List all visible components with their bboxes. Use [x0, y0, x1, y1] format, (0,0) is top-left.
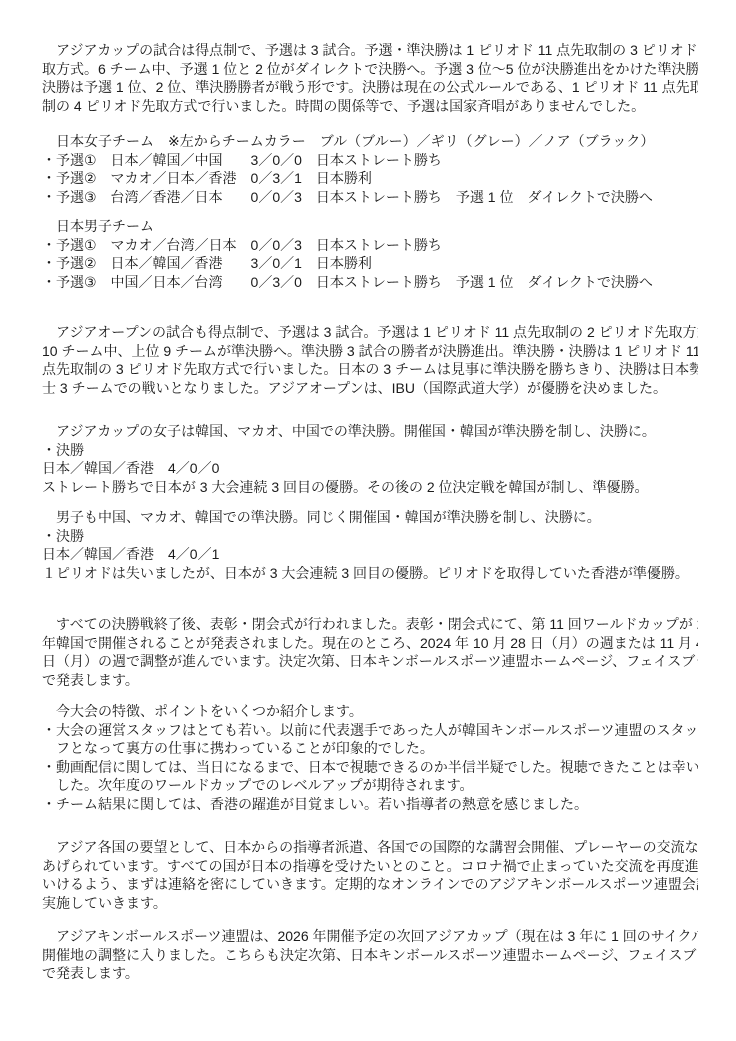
women-final-results: アジアカップの女子は韓国、マカオ、中国での準決勝。開催国・韓国が準決勝を制し、決…	[42, 422, 698, 496]
text-line: 男子も中国、マカオ、韓国での準決勝。同じく開催国・韓国が準決勝を制し、決勝に。	[42, 508, 698, 527]
bullet-continuation-line: フとなって裏方の仕事に携わっていることが印象的でした。	[42, 739, 698, 758]
result-line: ・予選① マカオ／台湾／日本 0／0／3 日本ストレート勝ち	[42, 236, 698, 255]
closing-ceremony-paragraph: すべての決勝戦終了後、表彰・閉会式が行われました。表彰・閉会式にて、第 11 回…	[42, 615, 698, 689]
result-line: ・予選② 日本／韓国／香港 3／0／1 日本勝利	[42, 254, 698, 273]
result-line: 日本／韓国／香港 4／0／1	[42, 545, 698, 564]
result-line: ・予選③ 台湾／香港／日本 0／0／3 日本ストレート勝ち 予選 1 位 ダイレ…	[42, 188, 698, 207]
text-line: 年韓国で開催されることが発表されました。現在のところ、2024 年 10 月 2…	[42, 634, 698, 653]
result-line: ・予選① 日本／韓国／中国 3／0／0 日本ストレート勝ち	[42, 151, 698, 170]
text-line: 士 3 チームでの戦いとなりました。アジアオープンは、IBU（国際武道大学）が優…	[42, 379, 698, 398]
men-final-results: 男子も中国、マカオ、韓国での準決勝。同じく開催国・韓国が準決勝を制し、決勝に。 …	[42, 508, 698, 582]
asia-requests-paragraph: アジア各国の要望として、日本からの指導者派遣、各国での国際的な講習会開催、プレー…	[42, 838, 698, 912]
women-team-results: 日本女子チーム ※左からチームカラー ブル（ブルー）／ギリ（グレー）／ノア（ブラ…	[42, 132, 698, 206]
bullet-continuation-line: した。次年度のワールドカップでのレベルアップが期待されます。	[42, 776, 698, 795]
document-page: アジアカップの試合は得点制で、予選は 3 試合。予選・準決勝は 1 ピリオド 1…	[0, 0, 736, 1041]
tournament-highlights: 今大会の特徴、ポイントをいくつか紹介します。 ・大会の運営スタッフはとても若い。…	[42, 702, 698, 813]
result-line: ・予選③ 中国／日本／台湾 0／3／0 日本ストレート勝ち 予選 1 位 ダイレ…	[42, 273, 698, 292]
text-line: 開催地の調整に入りました。こちらも決定次第、日本キンボールスポーツ連盟ホームペー…	[42, 946, 698, 965]
text-line: 決勝は予選 1 位、2 位、準決勝勝者が戦う形です。決勝は現在の公式ルールである…	[42, 78, 698, 97]
text-line: 日（月）の週で調整が進んでいます。決定次第、日本キンボールスポーツ連盟ホームペー…	[42, 652, 698, 671]
bullet-line: ・大会の運営スタッフはとても若い。以前に代表選手であった人が韓国キンボールスポー…	[42, 721, 698, 740]
next-asia-cup-paragraph: アジアキンボールスポーツ連盟は、2026 年開催予定の次回アジアカップ（現在は …	[42, 927, 698, 983]
text-line: あげられています。すべての国が日本の指導を受けたいとのこと。コロナ禍で止まってい…	[42, 857, 698, 876]
match-format-paragraph: アジアカップの試合は得点制で、予選は 3 試合。予選・準決勝は 1 ピリオド 1…	[42, 41, 698, 115]
text-line: アジアカップの試合は得点制で、予選は 3 試合。予選・準決勝は 1 ピリオド 1…	[42, 41, 698, 60]
asia-open-paragraph: アジアオープンの試合も得点制で、予選は 3 試合。予選は 1 ピリオド 11 点…	[42, 323, 698, 397]
section-heading: 日本女子チーム ※左からチームカラー ブル（ブルー）／ギリ（グレー）／ノア（ブラ…	[42, 132, 698, 151]
text-line: いけるよう、まずは連絡を密にしていきます。定期的なオンラインでのアジアキンボール…	[42, 875, 698, 894]
text-line: 取方式。6 チーム中、予選 1 位と 2 位がダイレクトで決勝へ。予選 3 位～…	[42, 60, 698, 79]
text-line: アジアカップの女子は韓国、マカオ、中国での準決勝。開催国・韓国が準決勝を制し、決…	[42, 422, 698, 441]
men-team-results: 日本男子チーム ・予選① マカオ／台湾／日本 0／0／3 日本ストレート勝ち ・…	[42, 217, 698, 291]
result-line: 日本／韓国／香港 4／0／0	[42, 459, 698, 478]
text-line: アジア各国の要望として、日本からの指導者派遣、各国での国際的な講習会開催、プレー…	[42, 838, 698, 857]
text-line: アジアオープンの試合も得点制で、予選は 3 試合。予選は 1 ピリオド 11 点…	[42, 323, 698, 342]
text-line: １ピリオドは失いましたが、日本が 3 大会連続 3 回目の優勝。ピリオドを取得し…	[42, 564, 698, 583]
text-line: 点先取制の 3 ピリオド先取方式で行いました。日本の 3 チームは見事に準決勝を…	[42, 360, 698, 379]
text-line: ストレート勝ちで日本が 3 大会連続 3 回目の優勝。その後の 2 位決定戦を韓…	[42, 478, 698, 497]
result-line: ・予選② マカオ／日本／香港 0／3／1 日本勝利	[42, 169, 698, 188]
bullet-line: ・動画配信に関しては、当日になるまで、日本で視聴できるのか半信半疑でした。視聴で…	[42, 758, 698, 777]
text-line: で発表します。	[42, 964, 698, 983]
text-line: すべての決勝戦終了後、表彰・閉会式が行われました。表彰・閉会式にて、第 11 回…	[42, 615, 698, 634]
text-line: 実施していきます。	[42, 894, 698, 913]
result-heading: ・決勝	[42, 527, 698, 546]
text-line: 制の 4 ピリオド先取方式で行いました。時間の関係等で、予選は国家斉唱がありませ…	[42, 97, 698, 116]
text-line: アジアキンボールスポーツ連盟は、2026 年開催予定の次回アジアカップ（現在は …	[42, 927, 698, 946]
text-line: で発表します。	[42, 671, 698, 690]
bullet-line: ・チーム結果に関しては、香港の躍進が目覚ましい。若い指導者の熱意を感じました。	[42, 795, 698, 814]
section-heading: 今大会の特徴、ポイントをいくつか紹介します。	[42, 702, 698, 721]
section-heading: 日本男子チーム	[42, 217, 698, 236]
result-heading: ・決勝	[42, 441, 698, 460]
text-line: 10 チーム中、上位 9 チームが準決勝へ。準決勝 3 試合の勝者が決勝進出。準…	[42, 342, 698, 361]
